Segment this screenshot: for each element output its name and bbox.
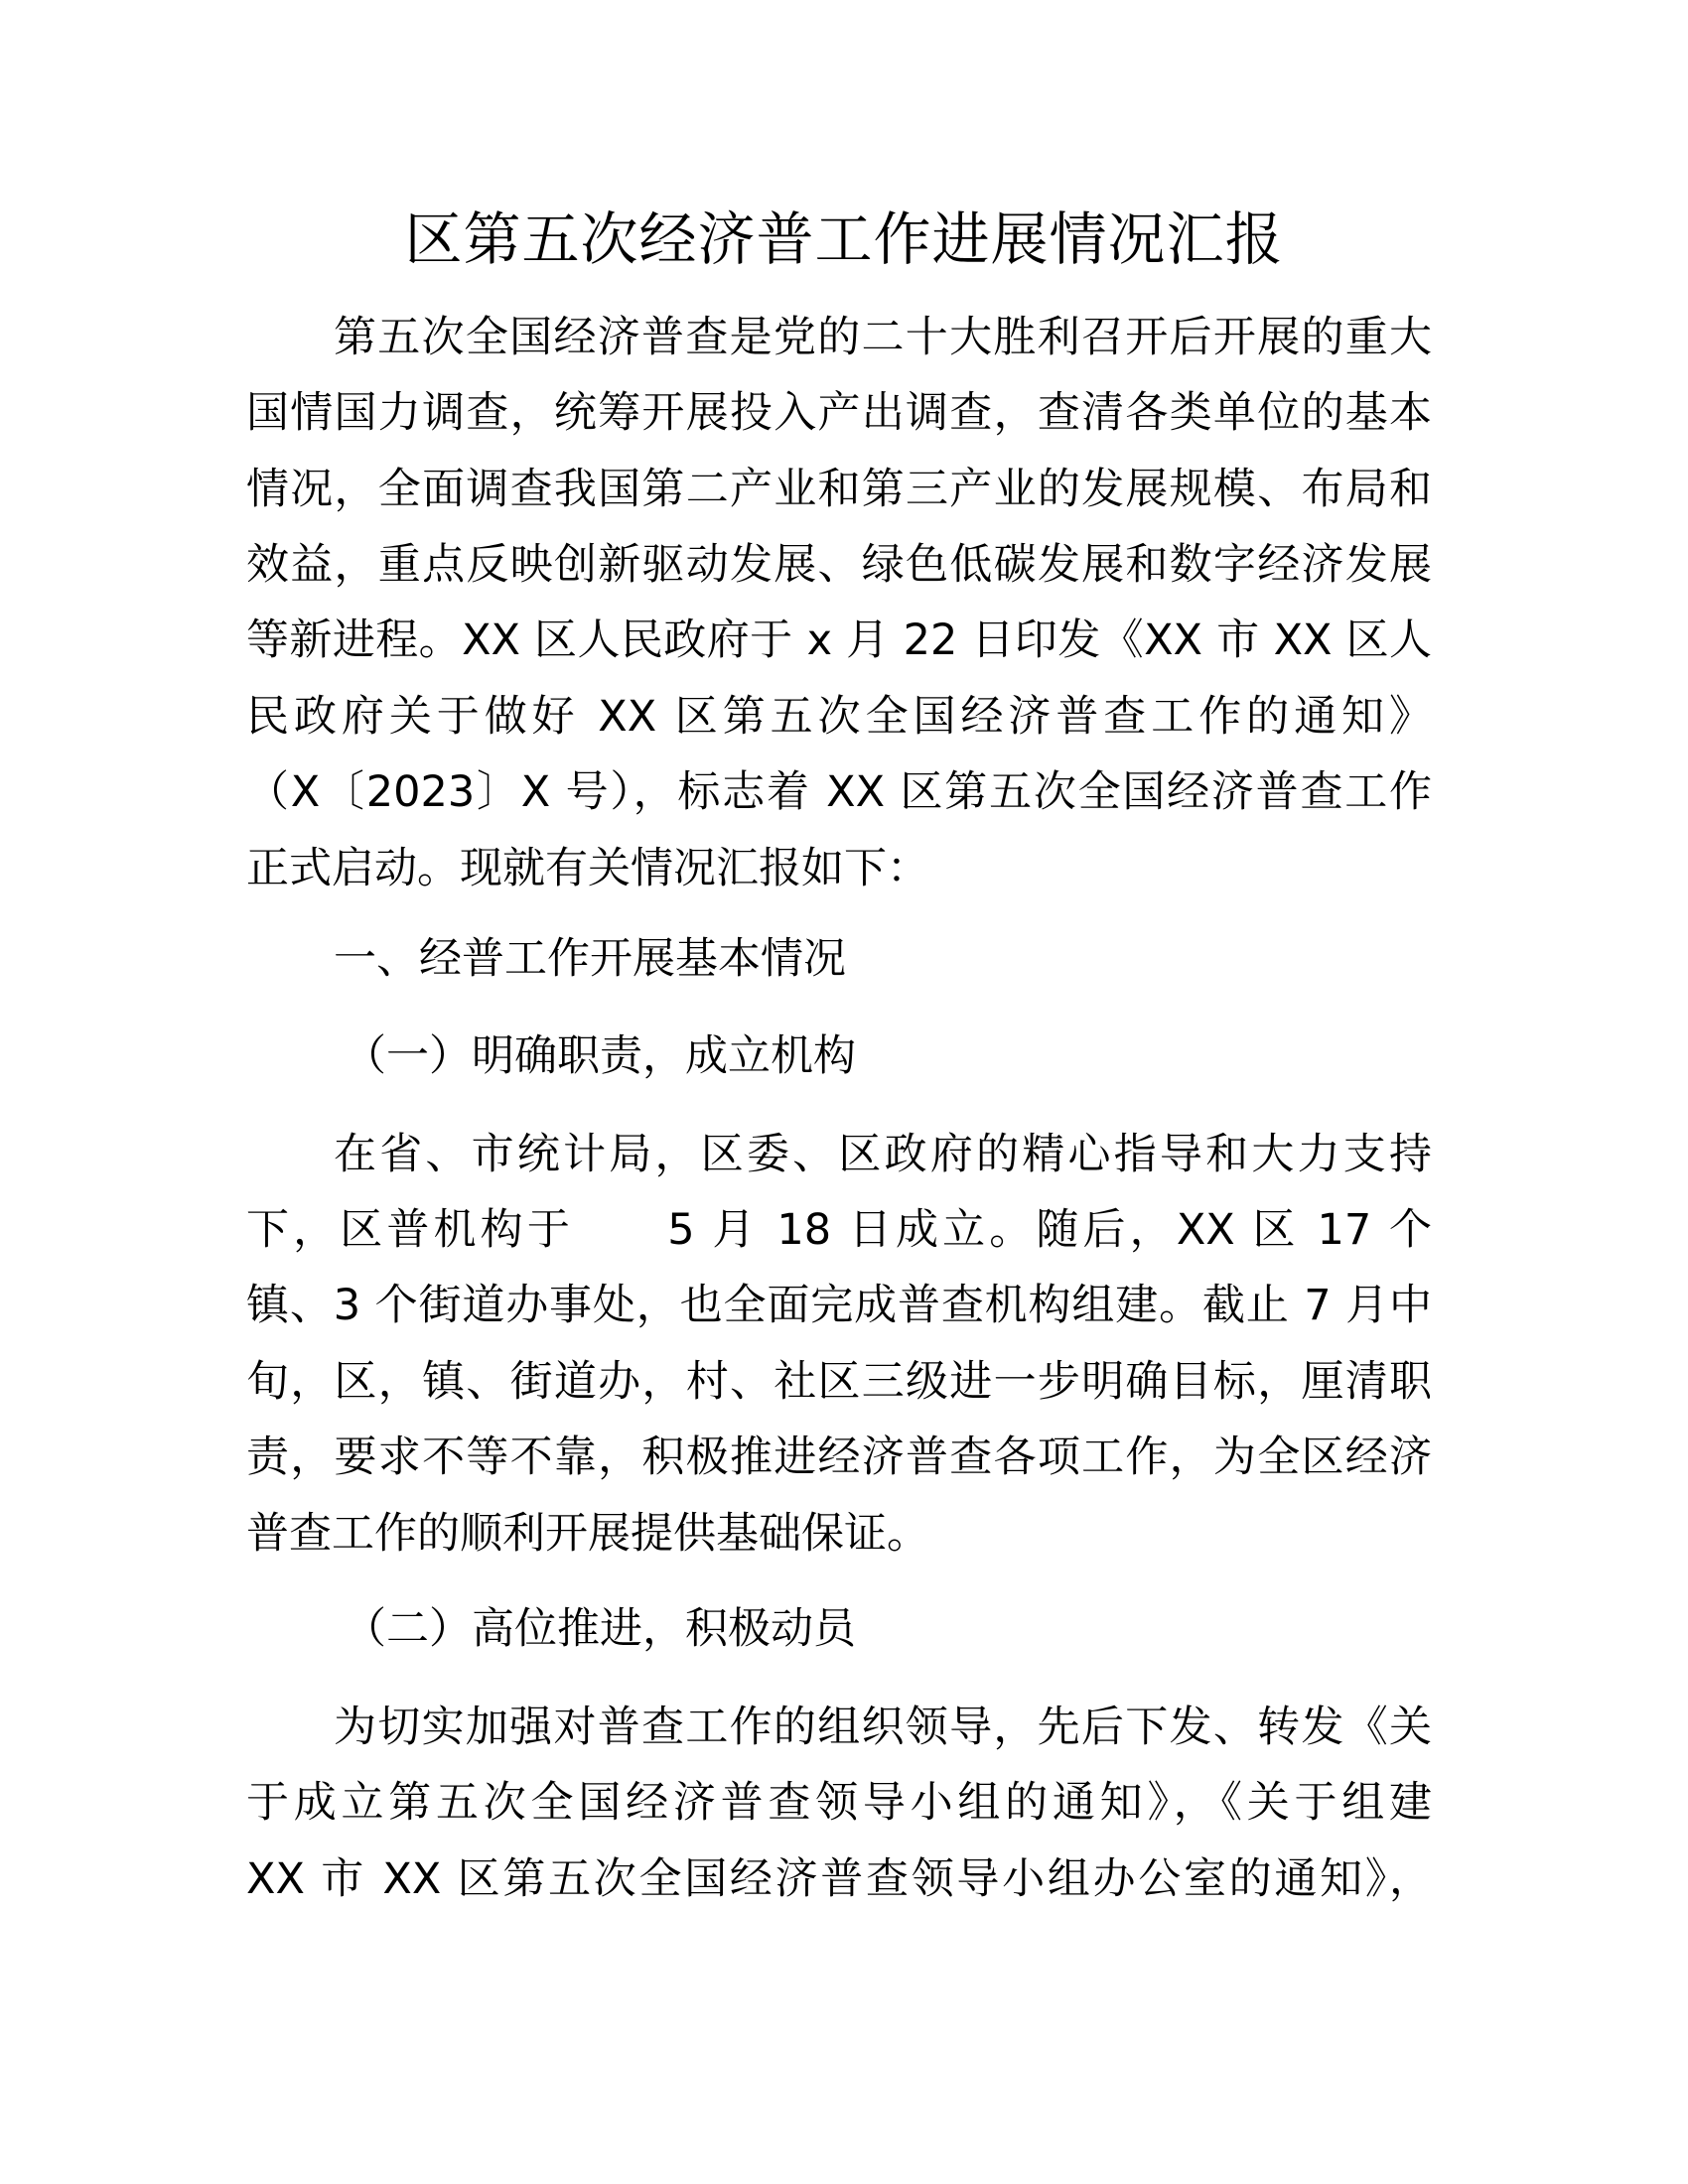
paragraph-line: 普查工作的顺利开展提供基础保证。: [246, 1506, 1432, 1562]
paragraph-line: 效益，重点反映创新驱动发展、绿色低碳发展和数字经济发展: [246, 537, 1432, 593]
paragraph-line: XX 市 XX 区第五次全国经济普查领导小组办公室的通知》，: [246, 1851, 1432, 1907]
section-heading: 一、经普工作开展基本情况: [334, 931, 1519, 987]
paragraph-line: 正式启动。现就有关情况汇报如下：: [246, 841, 1432, 896]
paragraph-line: 为切实加强对普查工作的组织领导，先后下发、转发《关: [334, 1700, 1432, 1755]
paragraph-line: 镇、3 个街道办事处，也全面完成普查机构组建。截止 7 月中: [246, 1278, 1432, 1333]
paragraph-line: 在省、市统计局，区委、区政府的精心指导和大力支持: [334, 1127, 1432, 1182]
paragraph-line: 民政府关于做好 XX 区第五次全国经济普查工作的通知》: [246, 689, 1432, 745]
document-title: 区第五次经济普工作进展情况汇报: [0, 205, 1688, 274]
subsection-heading: （一）明确职责，成立机构: [344, 1028, 1529, 1084]
paragraph-line: 第五次全国经济普查是党的二十大胜利召开后开展的重大: [334, 310, 1432, 365]
paragraph-line: 责，要求不等不靠，积极推进经济普查各项工作，为全区经济: [246, 1430, 1432, 1485]
paragraph-line: （X〔2023〕X 号），标志着 XX 区第五次全国经济普查工作: [246, 764, 1432, 820]
paragraph-line: 旬，区，镇、街道办，村、社区三级进一步明确目标，厘清职: [246, 1354, 1432, 1410]
paragraph-line: 等新进程。XX 区人民政府于 x 月 22 日印发《XX 市 XX 区人: [246, 613, 1432, 668]
subsection-heading: （二）高位推进，积极动员: [344, 1601, 1529, 1657]
paragraph-line: 国情国力调查，统筹开展投入产出调查，查清各类单位的基本: [246, 385, 1432, 441]
paragraph-line: 于成立第五次全国经济普查领导小组的通知》，《关于组建: [246, 1775, 1432, 1831]
paragraph-line: 下，区普机构于 5 月 18 日成立。随后，XX 区 17 个: [246, 1202, 1432, 1258]
document-page: 区第五次经济普工作进展情况汇报 第五次全国经济普查是党的二十大胜利召开后开展的重…: [0, 0, 1688, 2184]
paragraph-line: 情况，全面调查我国第二产业和第三产业的发展规模、布局和: [246, 462, 1432, 517]
